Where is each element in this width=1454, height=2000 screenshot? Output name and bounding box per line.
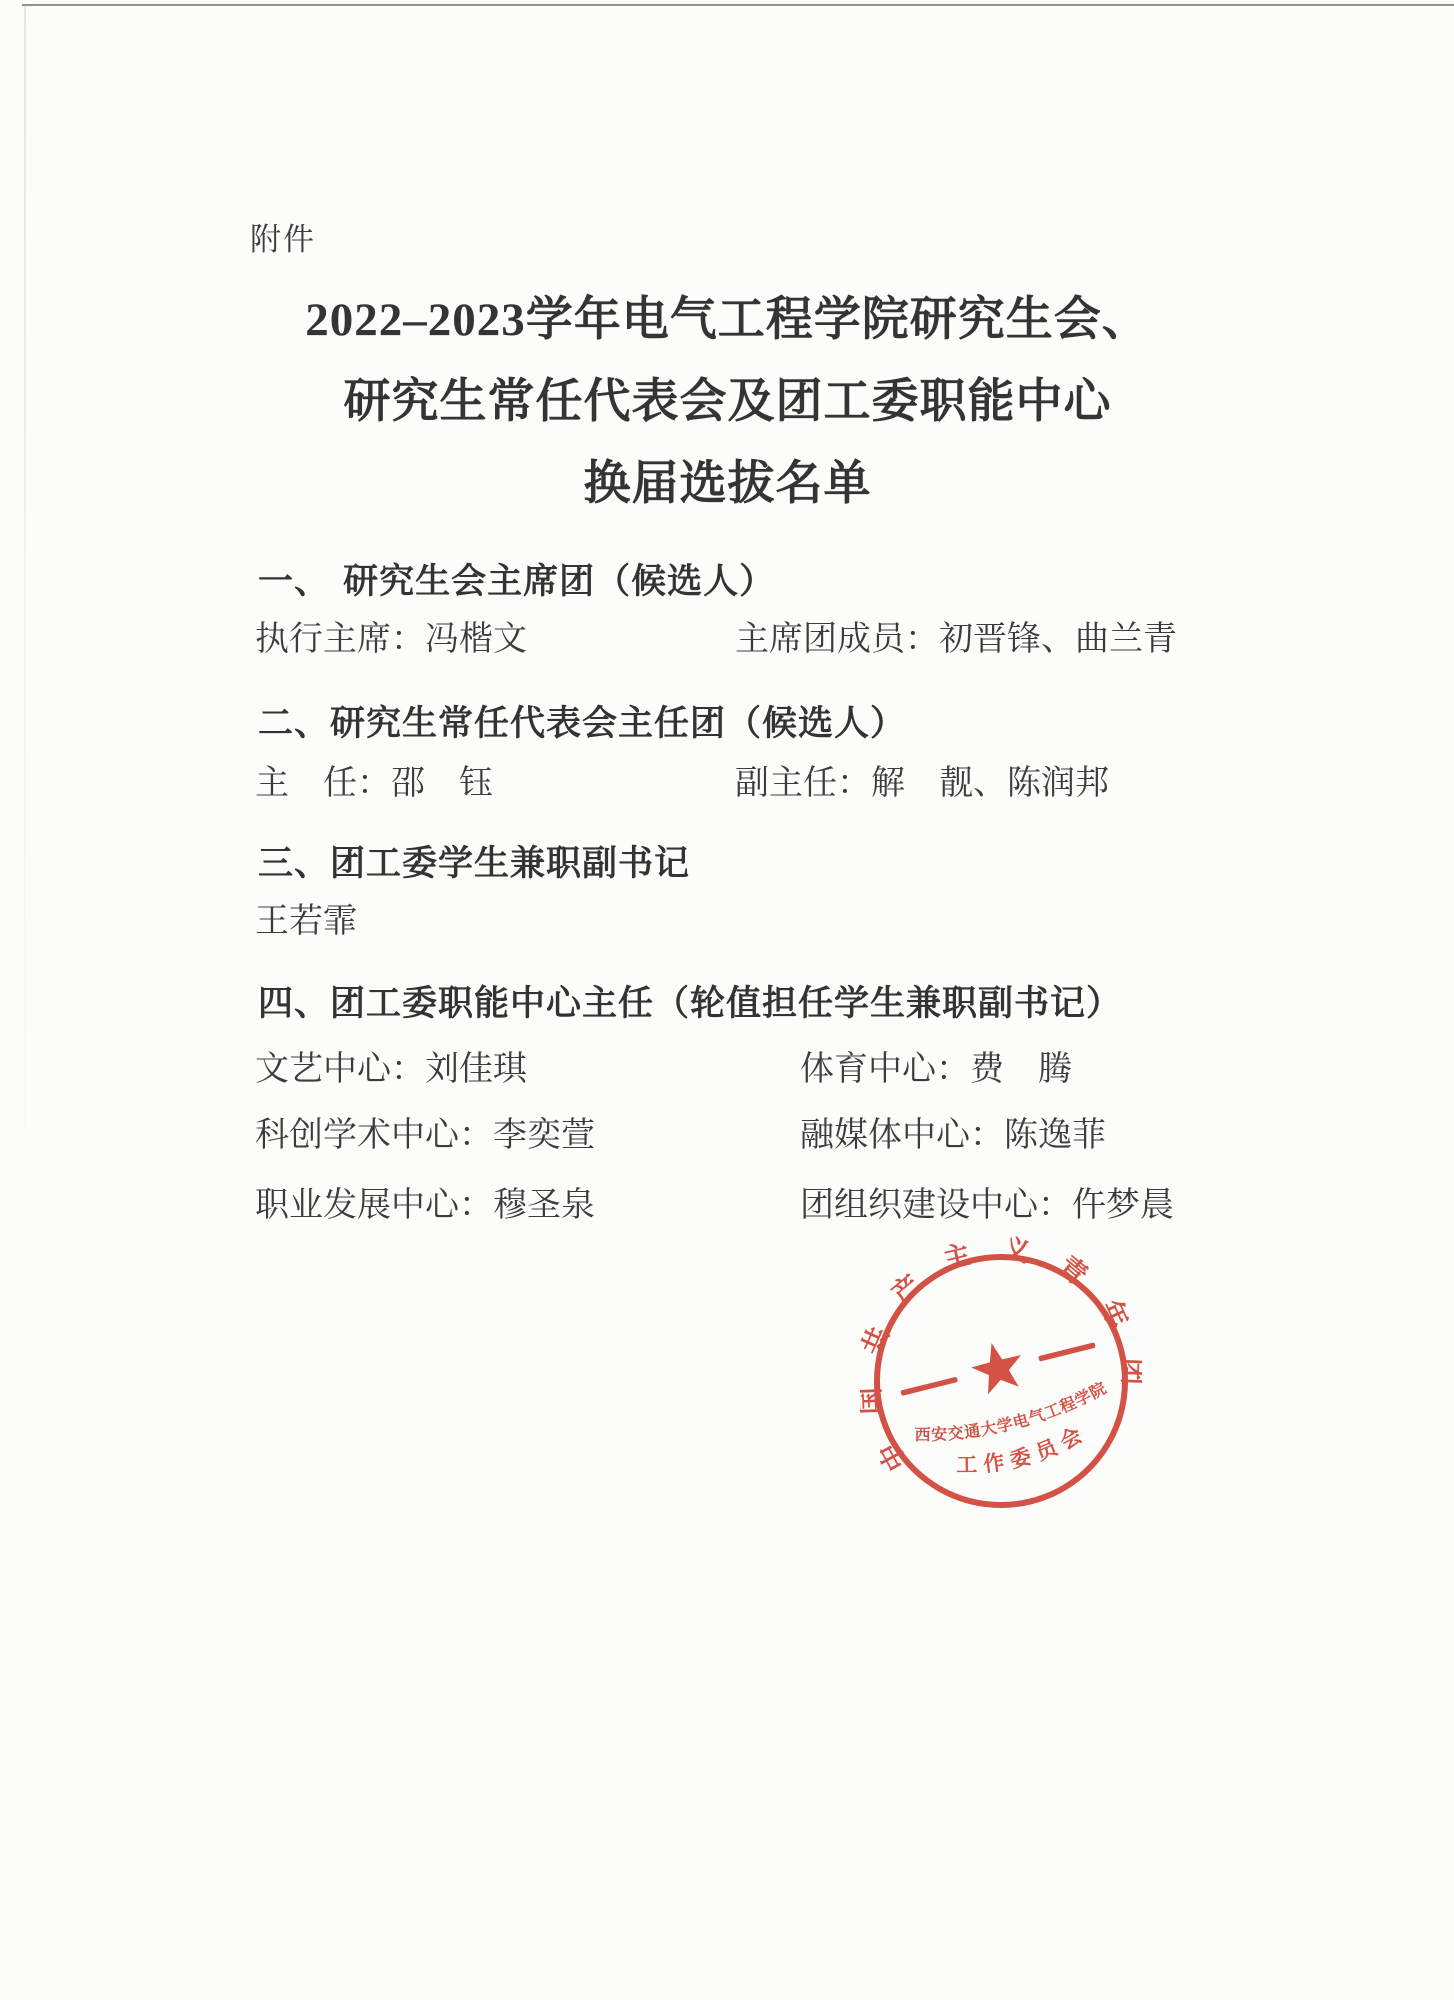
section-4-row-1: 文艺中心：刘佳琪 体育中心：费 腾 [255, 1048, 1235, 1092]
section-4-heading: 四、团工委职能中心主任（轮值担任学生兼职副书记） [258, 976, 1122, 1026]
scan-edge-shadow [24, 4, 26, 2000]
scan-edge-line [22, 4, 1454, 6]
seal-star [967, 1337, 1029, 1397]
title-line-3: 换届选拔名单 [255, 443, 1200, 525]
seal-dash-right [1038, 1342, 1096, 1361]
center-league-org-build: 团组织建设中心：仵梦晨 [800, 1184, 1174, 1228]
center-arts: 文艺中心：刘佳琪 [255, 1048, 800, 1092]
scanned-document-page: 附件 2022–2023学年电气工程学院研究生会、 研究生常任代表会及团工委职能… [0, 0, 1454, 2000]
center-media: 融媒体中心：陈逸菲 [800, 1114, 1106, 1158]
section-1-heading: 一、 研究生会主席团（候选人） [258, 554, 775, 604]
role-presidium-members: 主席团成员：初晋锋、曲兰青 [735, 618, 1177, 662]
seal-dash-left [900, 1377, 958, 1396]
attachment-label: 附件 [250, 214, 316, 259]
section-2-row: 主 任：邵 钰 副主任：解 靓、陈润邦 [255, 762, 1235, 806]
title-line-2: 研究生常任代表会及团工委职能中心 [255, 361, 1200, 443]
center-sports: 体育中心：费 腾 [800, 1048, 1072, 1092]
role-director: 主 任：邵 钰 [255, 762, 735, 806]
center-sci-tech: 科创学术中心：李奕萱 [255, 1114, 800, 1158]
section-3-row: 王若霏 [255, 900, 1235, 944]
title-line-1: 2022–2023学年电气工程学院研究生会、 [255, 279, 1200, 361]
role-executive-chair: 执行主席：冯楷文 [255, 618, 735, 662]
section-4-row-2: 科创学术中心：李奕萱 融媒体中心：陈逸菲 [255, 1114, 1235, 1158]
deputy-secretary-name: 王若霏 [255, 900, 735, 944]
document-title: 2022–2023学年电气工程学院研究生会、 研究生常任代表会及团工委职能中心 … [255, 279, 1200, 525]
role-deputy-director: 副主任：解 靓、陈润邦 [735, 762, 1109, 806]
center-career: 职业发展中心：穆圣泉 [255, 1184, 800, 1228]
section-3-heading: 三、团工委学生兼职副书记 [258, 836, 690, 886]
section-2-heading: 二、研究生常任代表会主任团（候选人） [258, 696, 906, 746]
official-seal: 中国共产主义青年团 西安交通大学电气工程学院 工作委员会 [860, 1236, 1142, 1518]
section-1-row: 执行主席：冯楷文 主席团成员：初晋锋、曲兰青 [255, 618, 1235, 662]
section-4-row-3: 职业发展中心：穆圣泉 团组织建设中心：仵梦晨 [255, 1184, 1235, 1228]
